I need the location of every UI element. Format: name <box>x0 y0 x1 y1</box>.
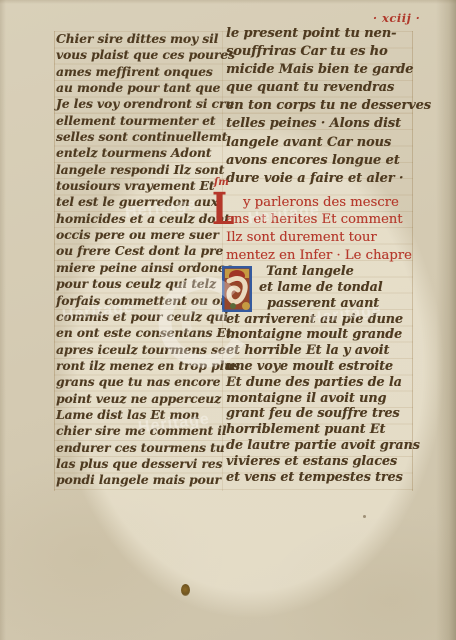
text-line: passerent avant <box>226 296 414 312</box>
text-line: miere peine ainsi ordonee <box>56 260 220 276</box>
text-line: de lautre partie avoit grans <box>226 438 414 454</box>
text-line: pondi langele mais pour <box>56 472 220 488</box>
text-line: dure voie a faire et aler · <box>226 170 414 188</box>
text-line: Chier sire dittes moy sil <box>56 31 220 47</box>
text-line: selles sont continuellemt <box>56 129 220 145</box>
text-line: y parlerons des mescre <box>226 194 414 212</box>
text-line: ront ilz menez en trop plus <box>56 358 220 374</box>
text-line: et vens et tempestes tres <box>226 470 414 486</box>
text-line: apres iceulz tourmens se <box>56 342 220 358</box>
text-line: Lame dist las Et mon <box>56 407 220 423</box>
text-line: commis et pour ceulz qui <box>56 309 220 325</box>
text-line: mentez en Infer · Le chapre <box>226 247 414 265</box>
text-line: Ilz sont durement tour <box>226 229 414 247</box>
text-line: en ton corps tu ne desserves <box>226 97 414 115</box>
text-line: Tant langele <box>226 264 414 280</box>
ruling-vertical-left <box>54 31 55 491</box>
text-line: grans que tu nas encore <box>56 374 220 390</box>
text-line: au monde pour tant que <box>56 80 220 96</box>
text-line: las plus que desservi res <box>56 456 220 472</box>
text-line: avons encores longue et <box>226 152 414 170</box>
text-line: et arriverent au pie dune <box>226 312 414 328</box>
text-line: tel est le guerredon aux <box>56 194 220 210</box>
text-line: endurer ces tourmens tu <box>56 440 220 456</box>
text-line: en ont este consentans Et <box>56 325 220 341</box>
text-line: telles peines · Alons dist <box>226 115 414 133</box>
text-line: homicides et a ceulz dont <box>56 211 220 227</box>
text-line: horriblement puant Et <box>226 422 414 438</box>
text-line: montaigne moult grande <box>226 327 414 343</box>
text-line: langele avant Car nous <box>226 134 414 152</box>
text-line: ellement tourmenter et <box>56 113 220 129</box>
text-line: occis pere ou mere suer <box>56 227 220 243</box>
text-line: entelz tourmens Adont <box>56 145 220 161</box>
text-line: ames meffirent onques <box>56 64 220 80</box>
text-line: chier sire me comment il <box>56 423 220 439</box>
text-line: le present point tu nen- <box>226 25 414 43</box>
text-line: ans et herites Et comment <box>226 211 414 229</box>
folio-number: · xciij · <box>373 11 420 25</box>
text-line: vivieres et estans glaces <box>226 454 414 470</box>
text-line: pour tous ceulz qui telz <box>56 276 220 292</box>
illuminated-initial <box>222 266 252 312</box>
parchment-hole <box>181 584 190 596</box>
rubric-initial-letter: L <box>212 188 234 232</box>
manuscript-page: · xciij · Chier sire dittes moy silvous … <box>0 0 456 640</box>
text-line: Je les voy orendront si cru <box>56 96 220 112</box>
text-line: que quant tu revendras <box>226 79 414 97</box>
text-line: une voye moult estroite <box>226 359 414 375</box>
left-text-column: Chier sire dittes moy silvous plaist que… <box>56 31 220 489</box>
text-line: et horrible Et la y avoit <box>226 343 414 359</box>
text-line: ou frere Cest dont la pre <box>56 243 220 259</box>
text-line: micide Mais bien te garde <box>226 61 414 79</box>
text-line: Et dune des parties de la <box>226 375 414 391</box>
text-line: langele respondi Ilz sont <box>56 162 220 178</box>
text-line: tousiours vrayement Et <box>56 178 220 194</box>
right-text-column: le present point tu nen-souffriras Car t… <box>226 25 414 485</box>
text-line: souffriras Car tu es ho <box>226 43 414 61</box>
text-line: grant feu de souffre tres <box>226 406 414 422</box>
text-line: montaigne il avoit ung <box>226 391 414 407</box>
text-line: point veuz ne apperceuz <box>56 391 220 407</box>
parchment-speck <box>363 515 366 518</box>
text-line: forfais commettent ou ont <box>56 293 220 309</box>
text-line: et lame de tondal <box>226 280 414 296</box>
text-line: vous plaist que ces poures <box>56 47 220 63</box>
